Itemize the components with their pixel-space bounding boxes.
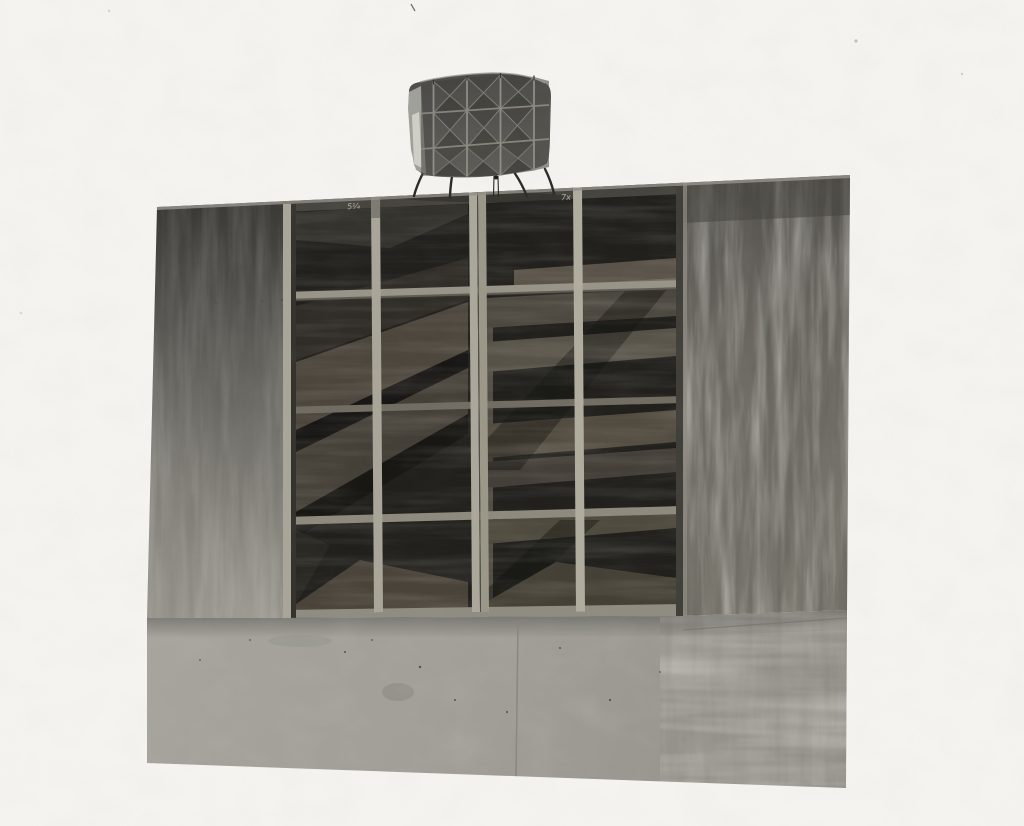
photograph: 5¼ 7x [0, 0, 1024, 826]
photo-canvas: 5¼ 7x [0, 0, 1024, 826]
print-grain-overlay [0, 0, 1024, 826]
